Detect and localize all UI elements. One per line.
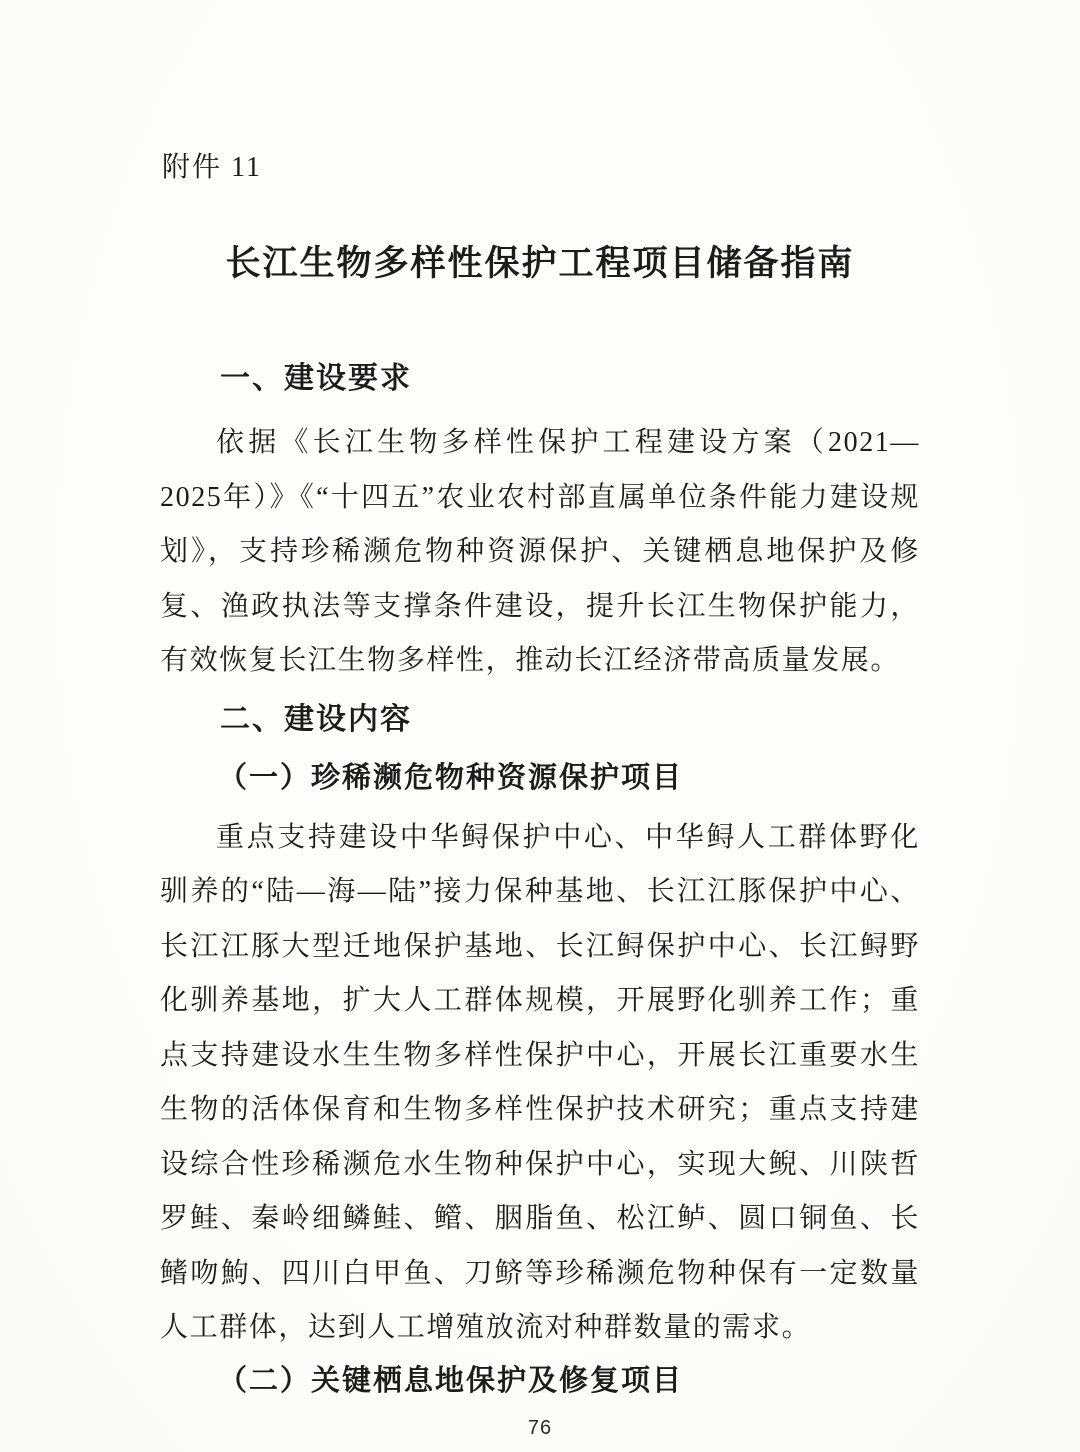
section-heading-1: 一、建设要求: [160, 358, 920, 400]
subsection-heading-1: （一）珍稀濒危物种资源保护项目: [160, 757, 920, 799]
section-heading-2: 二、建设内容: [160, 699, 920, 741]
paragraph-species-protection: 重点支持建设中华鲟保护中心、中华鲟人工群体野化驯养的“陆—海—陆”接力保种基地、…: [160, 811, 920, 1356]
document-page: 附件 11 长江生物多样性保护工程项目储备指南 一、建设要求 依据《长江生物多样…: [0, 0, 1080, 1452]
subsection-heading-2: （二）关键栖息地保护及修复项目: [160, 1360, 920, 1402]
paragraph-requirements: 依据《长江生物多样性保护工程建设方案（2021—2025年）》《“十四五”农业农…: [160, 416, 920, 689]
document-body: 一、建设要求 依据《长江生物多样性保护工程建设方案（2021—2025年）》《“…: [160, 358, 920, 1402]
attachment-label: 附件 11: [162, 150, 920, 186]
page-number: 76: [0, 1417, 1080, 1440]
document-title: 长江生物多样性保护工程项目储备指南: [160, 240, 920, 288]
